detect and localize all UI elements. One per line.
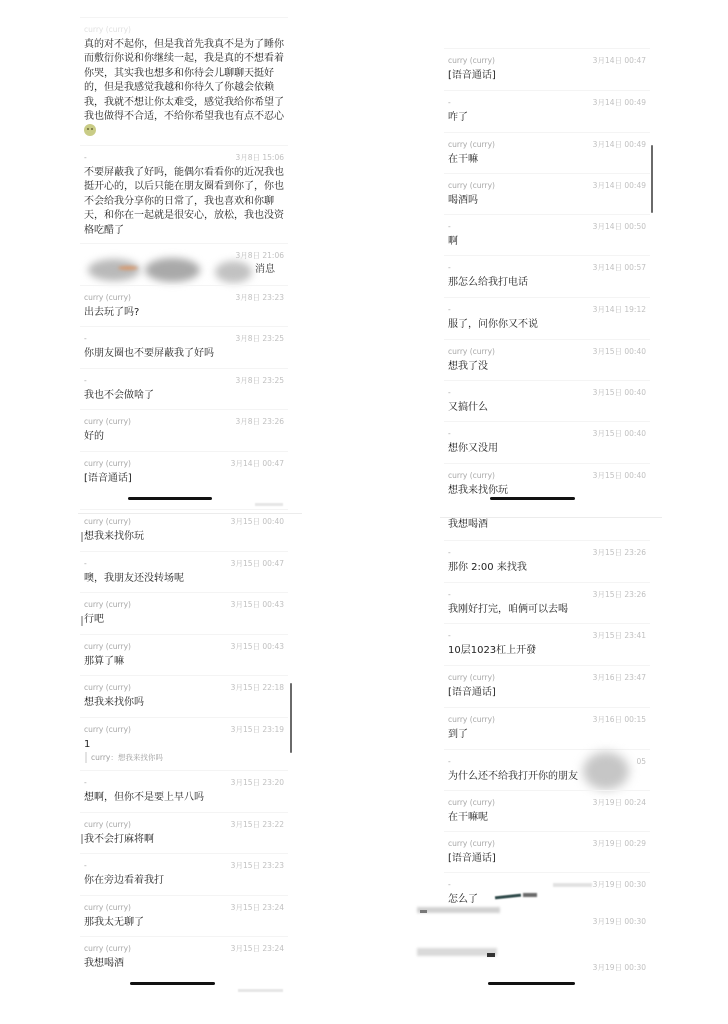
timestamp: 3月15日 23:19	[231, 724, 284, 736]
timestamp: 3月14日 00:47	[231, 458, 284, 470]
timestamp: 3月15日 23:26	[593, 589, 646, 601]
sender-name: -	[448, 879, 451, 891]
message-text: 想啊，但你不是要上早八吗	[84, 789, 284, 805]
scrollbar[interactable]	[290, 683, 292, 753]
sender-name: -	[448, 387, 451, 399]
message-text: [语音通话]	[448, 850, 646, 866]
chat-message[interactable]: -3月14日 00:49 咋了	[448, 97, 646, 125]
sender-name: curry (curry)	[448, 470, 495, 482]
chat-message[interactable]: -05 为什么还不给我打开你的朋友	[448, 756, 646, 784]
timestamp: 3月15日 23:22	[231, 819, 284, 831]
image-distortion	[417, 907, 500, 913]
chat-message[interactable]: -3月8日 23:25 你朋友圈也不要屏蔽我了好吗	[84, 333, 284, 361]
message-text: 10层1023杠上开發	[448, 642, 646, 658]
timestamp: 3月14日 00:49	[593, 97, 646, 109]
message-text: 又搞什么	[448, 399, 646, 415]
quoted-reply[interactable]: curry：想我来找你吗	[85, 752, 284, 763]
sender-name: -	[448, 304, 451, 316]
message-text: 想你又没用	[448, 440, 646, 456]
message-text: 真的对不起你，但是我首先我真不是为了睡你而敷衍你说和你继续一起，我是真的不想看着…	[84, 36, 284, 124]
sender-name: curry (curry)	[84, 641, 131, 653]
chat-message-redacted[interactable]: 3月8日 21:06 消息	[84, 250, 284, 262]
message-text: 1	[84, 736, 284, 752]
chat-message[interactable]: curry (curry)3月16日 23:47 [语音通话]	[448, 672, 646, 700]
cut-off-timestamp	[238, 989, 283, 992]
home-indicator	[490, 497, 575, 500]
sender-name: curry (curry)	[448, 55, 495, 67]
scrollbar[interactable]	[651, 145, 653, 213]
timestamp: 3月16日 23:47	[593, 672, 646, 684]
timestamp: 3月15日 00:40	[593, 428, 646, 440]
message-text: 服了，问你你又不说	[448, 316, 646, 332]
timestamp: 05	[636, 756, 646, 768]
image-distortion	[417, 948, 497, 956]
sender-name: curry (curry)	[84, 724, 131, 736]
sender-name: curry (curry)	[448, 139, 495, 151]
chat-message[interactable]: curry (curry)3月15日 23:22 我不会打麻将啊	[84, 819, 284, 847]
chat-message[interactable]: curry (curry)3月19日 00:29 [语音通话]	[448, 838, 646, 866]
cut-off-timestamp	[255, 503, 283, 506]
chat-message[interactable]: -3月19日 00:30 怎么了	[448, 879, 646, 907]
sender-name: -	[448, 589, 451, 601]
sender-name: curry (curry)	[84, 682, 131, 694]
message-text: 怎么了	[448, 891, 646, 907]
chat-message[interactable]: curry (curry)3月15日 00:40 想我来找你玩	[84, 516, 284, 544]
message-text: 好的	[84, 428, 284, 444]
timestamp: 3月8日 15:06	[235, 152, 284, 164]
image-distortion	[553, 883, 592, 887]
timestamp: 3月15日 00:47	[231, 558, 284, 570]
chat-message[interactable]: curry (curry)3月15日 00:40 想我来找你玩	[448, 470, 646, 498]
image-distortion	[523, 893, 537, 897]
message-text: 我也不会做啥了	[84, 387, 284, 403]
timestamp: 3月19日 00:30	[593, 879, 646, 891]
chat-message[interactable]: curry (curry)3月8日 23:23 出去玩了吗?	[84, 292, 284, 320]
confounded-face-emoji-icon	[84, 124, 96, 136]
message-text: 我想喝酒	[84, 955, 284, 971]
message-text: 想我来找你玩	[448, 482, 646, 498]
message-text: 你朋友圈也不要屏蔽我了好吗	[84, 345, 284, 361]
timestamp: 3月8日 23:25	[235, 333, 284, 345]
timestamp: 3月19日 00:30	[593, 916, 646, 928]
timestamp: 3月15日 22:18	[231, 682, 284, 694]
timestamp: 3月15日 00:40	[593, 387, 646, 399]
timestamp: 3月15日 23:41	[593, 630, 646, 642]
message-text: 出去玩了吗?	[84, 304, 284, 320]
message-text: 你在旁边看着我打	[84, 872, 284, 888]
sender-name: -	[448, 262, 451, 274]
chat-message[interactable]: curry (curry)3月19日 00:24 在干嘛呢	[448, 797, 646, 825]
sender-name: -	[448, 97, 451, 109]
chat-message[interactable]: -3月14日 19:12 服了，问你你又不说	[448, 304, 646, 332]
timestamp: 3月15日 00:40	[593, 470, 646, 482]
message-text: 那怎么给我打电话	[448, 274, 646, 290]
chat-message[interactable]: curry (curry)3月14日 00:47 [语音通话]	[448, 55, 646, 83]
sender-name: -	[84, 860, 87, 872]
chat-message[interactable]: curry (curry)3月14日 00:49 在干嘛	[448, 139, 646, 167]
message-text: 那算了嘛	[84, 653, 284, 669]
sender-name: curry (curry)	[84, 416, 131, 428]
chat-message[interactable]: curry (curry)3月15日 23:24 那我太无聊了	[84, 902, 284, 930]
message-text: 想我来找你玩	[84, 528, 284, 544]
sender-name: curry (curry)	[84, 516, 131, 528]
sender-name: -	[448, 428, 451, 440]
timestamp: 3月15日 23:24	[231, 902, 284, 914]
sender-name: -	[84, 375, 87, 387]
timestamp: 3月15日 23:24	[231, 943, 284, 955]
chat-message[interactable]: -3月15日 00:40 想你又没用	[448, 428, 646, 456]
timestamp: 3月14日 00:49	[593, 139, 646, 151]
redaction-blur	[215, 261, 252, 283]
home-indicator	[488, 982, 575, 985]
chat-message[interactable]: curry (curry)3月15日 00:40 想我了没	[448, 346, 646, 374]
chat-message[interactable]: -3月15日 00:47 噢，我朋友还没转场呢	[84, 558, 284, 586]
message-text: 在干嘛	[448, 151, 646, 167]
timestamp: 3月15日 23:23	[231, 860, 284, 872]
message-text: 咋了	[448, 109, 646, 125]
timestamp: 3月15日 00:40	[231, 516, 284, 528]
sender-name: curry (curry)	[448, 346, 495, 358]
cut-off-edge-mark	[81, 532, 83, 542]
redaction-blur	[145, 258, 200, 282]
message-text: 我刚好打完，咱俩可以去喝	[448, 601, 646, 617]
sender-name: -	[84, 558, 87, 570]
timestamp: 3月14日 00:50	[593, 221, 646, 233]
timestamp: 3月14日 00:47	[593, 55, 646, 67]
sender-name: curry (curry)	[448, 714, 495, 726]
chat-message[interactable]: -3月15日 23:26 那你 2:00 来找我	[448, 547, 646, 575]
chat-message[interactable]: curry (curry)3月16日 00:15 到了	[448, 714, 646, 742]
message-text: 不要屏蔽我了好吗，能偶尔看看你的近况我也挺开心的，以后只能在朋友圈看到你了，你也…	[84, 164, 284, 238]
home-indicator	[130, 982, 215, 985]
sender-name: curry (curry)	[448, 797, 495, 809]
message-text: 那你 2:00 来找我	[448, 559, 646, 575]
sender-name: curry (curry)	[84, 24, 131, 36]
chat-message[interactable]: -3月14日 00:50 啊	[448, 221, 646, 249]
redaction-blur	[583, 752, 629, 790]
chat-message[interactable]: curry (curry)3月14日 00:47 [语音通话]	[84, 458, 284, 486]
message-text: 想我来找你吗	[84, 694, 284, 710]
sender-name: curry (curry)	[84, 902, 131, 914]
sender-name: curry (curry)	[448, 672, 495, 684]
message-text: 到了	[448, 726, 646, 742]
redaction-blur	[118, 266, 138, 270]
sender-name: -	[84, 152, 87, 164]
timestamp: 3月19日 00:29	[593, 838, 646, 850]
timestamp: 3月14日 19:12	[593, 304, 646, 316]
timestamp: 3月15日 00:43	[231, 599, 284, 611]
chat-screenshot-bottom-left: curry (curry)3月15日 00:40 想我来找你玩 -3月15日 0…	[84, 513, 284, 1024]
chat-message[interactable]: curry (curry)3月15日 00:43 那算了嘛	[84, 641, 284, 669]
sender-name: curry (curry)	[448, 838, 495, 850]
message-text[interactable]: 我想喝酒	[448, 518, 646, 532]
timestamp: 3月15日 23:20	[231, 777, 284, 789]
message-text: 消息	[255, 263, 275, 277]
timestamp: 3月15日 23:26	[593, 547, 646, 559]
message-text: 想我了没	[448, 358, 646, 374]
sender-name: curry (curry)	[84, 292, 131, 304]
message-text: 噢，我朋友还没转场呢	[84, 570, 284, 586]
sender-name: -	[84, 777, 87, 789]
timestamp: 3月8日 23:25	[235, 375, 284, 387]
sender-name: -	[448, 630, 451, 642]
chat-message[interactable]: curry (curry)3月8日 23:26 好的	[84, 416, 284, 444]
message-text: 行吧	[84, 611, 284, 627]
message-text: [语音通话]	[84, 470, 284, 486]
chat-screenshot-bottom-right: 我想喝酒 -3月15日 23:26 那你 2:00 来找我 -3月15日 23:…	[448, 517, 646, 1024]
chat-message[interactable]: -3月8日 23:25 我也不会做啥了	[84, 375, 284, 403]
chat-message[interactable]: -3月14日 00:57 那怎么给我打电话	[448, 262, 646, 290]
timestamp: 3月8日 21:06	[235, 250, 284, 262]
chat-message[interactable]: curry (curry)3月15日 22:18 想我来找你吗	[84, 682, 284, 710]
chat-message[interactable]: curry (curry)3月14日 00:49 喝酒吗	[448, 180, 646, 208]
chat-message[interactable]: -3月15日 23:26 我刚好打完，咱俩可以去喝	[448, 589, 646, 617]
timestamp: 3月15日 00:43	[231, 641, 284, 653]
image-distortion	[487, 953, 495, 957]
image-distortion	[420, 910, 427, 913]
timestamp: 3月19日 00:24	[593, 797, 646, 809]
sender-name: curry (curry)	[84, 599, 131, 611]
timestamp: 3月16日 00:15	[593, 714, 646, 726]
timestamp: 3月8日 23:26	[235, 416, 284, 428]
sender-name: -	[448, 221, 451, 233]
sender-name: -	[448, 547, 451, 559]
timestamp: 3月14日 00:57	[593, 262, 646, 274]
sender-name: -	[448, 756, 451, 768]
message-text: 喝酒吗	[448, 192, 646, 208]
cut-off-edge-mark	[81, 616, 83, 626]
message-text: [语音通话]	[448, 67, 646, 83]
message-text: 在干嘛呢	[448, 809, 646, 825]
chat-message[interactable]: -3月15日 23:23 你在旁边看着我打	[84, 860, 284, 888]
chat-screenshot-top-right: curry (curry)3月14日 00:47 [语音通话] -3月14日 0…	[448, 0, 646, 517]
redaction-blur	[88, 259, 140, 281]
sender-name: curry (curry)	[84, 943, 131, 955]
chat-message[interactable]: -3月15日 23:41 10层1023杠上开發	[448, 630, 646, 658]
timestamp: 3月8日 23:23	[235, 292, 284, 304]
message-text: 啊	[448, 233, 646, 249]
chat-message[interactable]: curry (curry)3月15日 23:19 1 curry：想我来找你吗	[84, 724, 284, 763]
chat-message[interactable]: curry (curry)3月15日 23:24 我想喝酒	[84, 943, 284, 971]
timestamp: 3月19日 00:30	[593, 962, 646, 974]
message-text: 那我太无聊了	[84, 914, 284, 930]
sender-name: -	[84, 333, 87, 345]
sender-name: curry (curry)	[84, 819, 131, 831]
message-text: [语音通话]	[448, 684, 646, 700]
chat-screenshot-top-left: curry (curry) 真的对不起你，但是我首先我真不是为了睡你而敷衍你说和…	[84, 0, 284, 513]
chat-message[interactable]: curry (curry) 真的对不起你，但是我首先我真不是为了睡你而敷衍你说和…	[84, 24, 284, 136]
timestamp: 3月15日 00:40	[593, 346, 646, 358]
chat-message[interactable]: -3月8日 15:06 不要屏蔽我了好吗，能偶尔看看你的近况我也挺开心的，以后只…	[84, 152, 284, 238]
timestamp: 3月14日 00:49	[593, 180, 646, 192]
chat-message[interactable]: curry (curry)3月15日 00:43 行吧	[84, 599, 284, 627]
sender-name: curry (curry)	[448, 180, 495, 192]
chat-message[interactable]: -3月15日 23:20 想啊，但你不是要上早八吗	[84, 777, 284, 805]
chat-message[interactable]: -3月15日 00:40 又搞什么	[448, 387, 646, 415]
sender-name: curry (curry)	[84, 458, 131, 470]
cut-off-edge-mark	[81, 834, 83, 844]
message-text: 我不会打麻将啊	[84, 831, 284, 847]
home-indicator	[128, 497, 212, 500]
